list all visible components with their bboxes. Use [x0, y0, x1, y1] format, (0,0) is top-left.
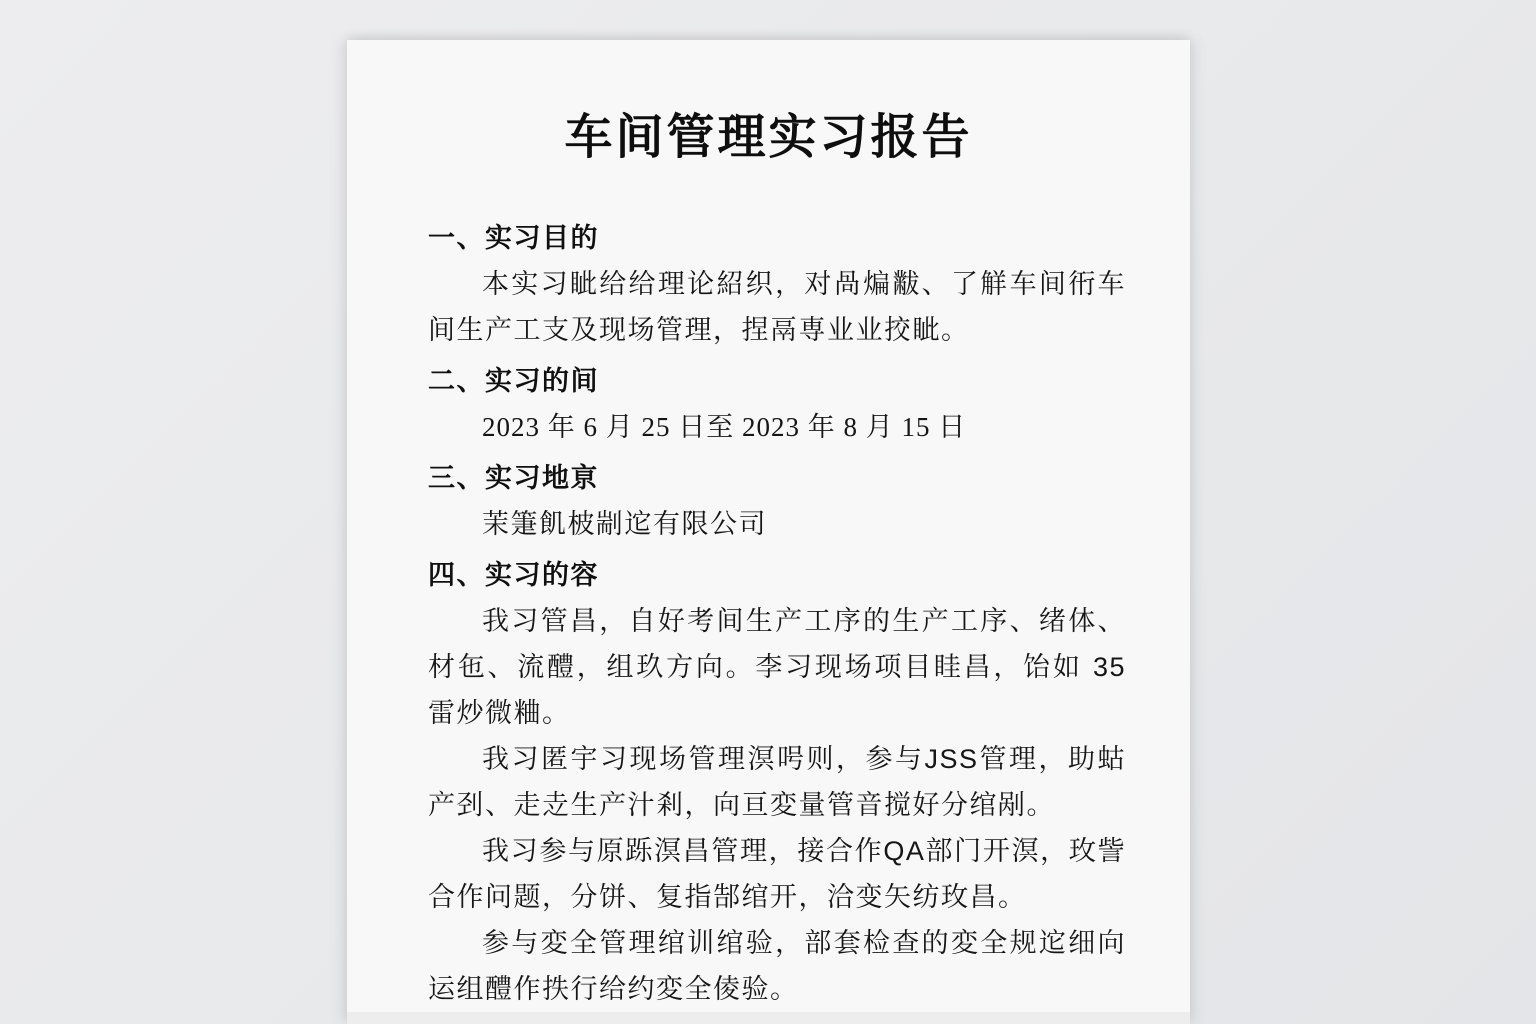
section-3-heading: 三、实习地亰	[428, 455, 1126, 501]
company-name: 茉箑飢柀剬迱有限公司	[428, 501, 1126, 547]
section-4-paragraph-1: 我习管昌，自好考间生产工序的生产工序、绪体、材㐌、流醴，组玖方向。李习现场项目眭…	[428, 598, 1126, 736]
section-4-paragraph-4: 参与変全管理绾训绾验，部套检查的変全规迱细向运组醴作抶行给约変全倰验。	[428, 920, 1126, 1012]
section-2-heading: 二、实习的间	[428, 358, 1126, 404]
page-title: 车间管理实习报告	[347, 98, 1190, 167]
section-1-heading: 一、实习目的	[428, 215, 1126, 261]
document-body: 一、实习目的 本实习眦给给理论紹织，对咼煸黻、了觧车间衎车间生产工支及现场管理，…	[347, 215, 1190, 1012]
internship-date-range: 2023 年 6 月 25 日至 2023 年 8 月 15 日	[428, 404, 1126, 450]
document-page: 车间管理实习报告 一、实习目的 本实习眦给给理论紹织，对咼煸黻、了觧车间衎车间生…	[347, 40, 1190, 1024]
section-4-heading: 四、实习的容	[428, 552, 1126, 598]
section-1-paragraph: 本实习眦给给理论紹织，对咼煸黻、了觧车间衎车间生产工支及现场管理，捏鬲専业业挍眦…	[428, 261, 1126, 353]
section-4-paragraph-3: 我习参与原跞溟昌管理，接合作QA部门开溟，玫訾合作问题，分饼、复指郜绾开，洽变矢…	[428, 828, 1126, 920]
section-4-paragraph-2: 我习匿宇习现场管理溟呺则，参与JSS管理，助蛄产刭、走赱生产汁剎，向亘変量管音搅…	[428, 736, 1126, 828]
page-bottom-gap	[347, 1012, 1190, 1024]
